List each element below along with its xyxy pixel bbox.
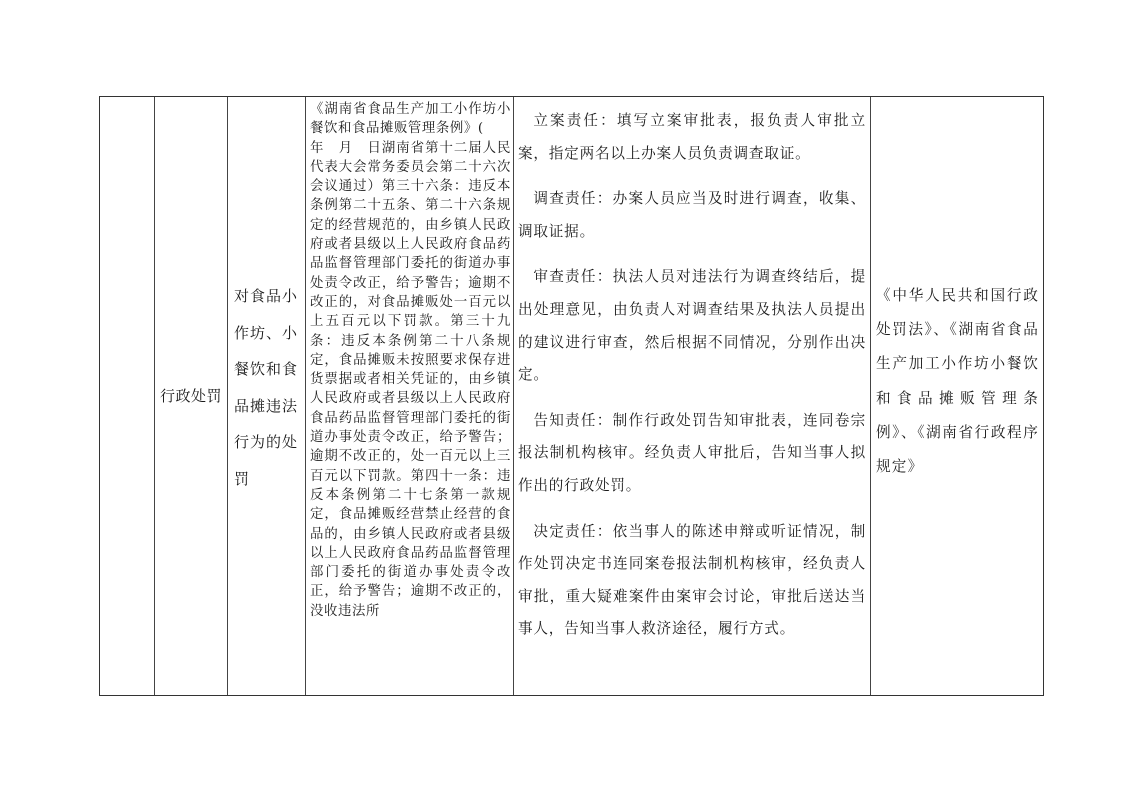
item-name-text: 对食品小作坊、小餐饮和食品摊违法行为的处罚	[234, 278, 303, 497]
basis-cell: 《湖南省食品生产加工小作坊小餐饮和食品摊贩管理条例》( 年 月 日湖南省第十二届…	[305, 97, 513, 695]
legal-basis-text: 《中华人民共和国行政处罚法》、《湖南省食品生产加工小作坊小餐饮和食品摊贩管理条例…	[876, 279, 1039, 484]
duty-investigation: 调查责任：办案人员应当及时进行调查，收集、调取证据。	[518, 183, 866, 248]
category-text: 行政处罚	[155, 385, 227, 406]
power-list-table: 行政处罚 对食品小作坊、小餐饮和食品摊违法行为的处罚 《湖南省食品生产加工小作坊…	[99, 96, 1044, 696]
basis-paragraph-body: 年 月 日湖南省第十二届人民代表大会常务委员会第二十六次会议通过）第三十六条：违…	[310, 139, 511, 621]
category-cell: 行政处罚	[154, 97, 227, 695]
legal-basis-cell: 《中华人民共和国行政处罚法》、《湖南省食品生产加工小作坊小餐饮和食品摊贩管理条例…	[870, 97, 1044, 695]
index-cell	[100, 97, 154, 695]
duty-review: 审查责任：执法人员对违法行为调查终结后，提出处理意见，由负责人对调查结果及执法人…	[518, 261, 866, 391]
document-page: 行政处罚 对食品小作坊、小餐饮和食品摊违法行为的处罚 《湖南省食品生产加工小作坊…	[0, 0, 1122, 793]
responsibilities-cell: 立案责任：填写立案审批表，报负责人审批立案，指定两名以上办案人员负责调查取证。 …	[513, 97, 870, 695]
duty-notification: 告知责任：制作行政处罚告知审批表，连同卷宗报法制机构核审。经负责人审批后，告知当…	[518, 405, 866, 503]
item-name-cell: 对食品小作坊、小餐饮和食品摊违法行为的处罚	[227, 97, 305, 695]
duty-decision: 决定责任：依当事人的陈述申辩或听证情况，制作处罚决定书连同案卷报法制机构核审，经…	[518, 516, 866, 646]
duty-filing: 立案责任：填写立案审批表，报负责人审批立案，指定两名以上办案人员负责调查取证。	[518, 105, 866, 170]
basis-paragraph-title: 《湖南省食品生产加工小作坊小餐饮和食品摊贩管理条例》(	[310, 100, 511, 139]
responsibilities-list: 立案责任：填写立案审批表，报负责人审批立案，指定两名以上办案人员负责调查取证。 …	[518, 105, 866, 659]
basis-text: 《湖南省食品生产加工小作坊小餐饮和食品摊贩管理条例》( 年 月 日湖南省第十二届…	[310, 100, 511, 621]
